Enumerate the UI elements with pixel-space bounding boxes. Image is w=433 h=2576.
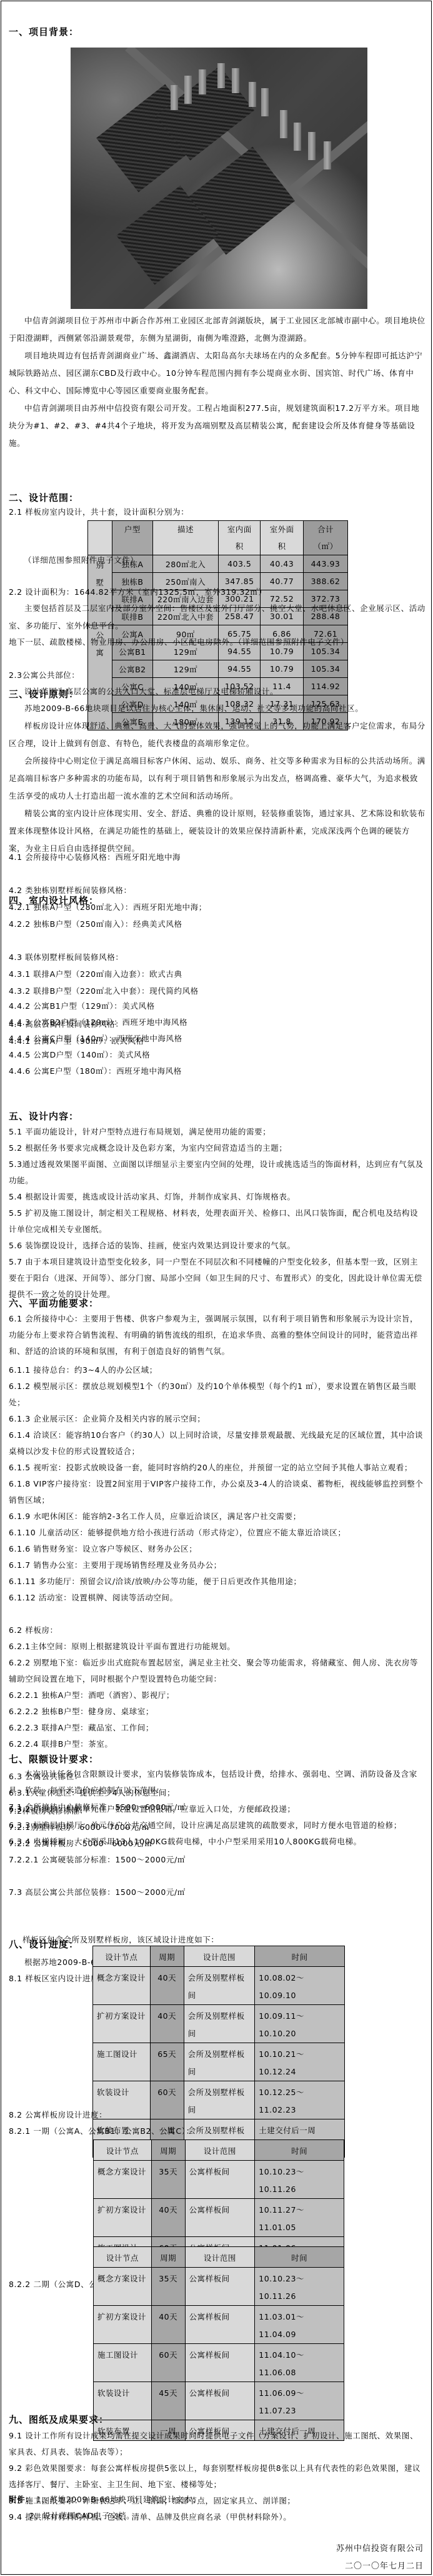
deliverable-item: 9.2 彩色效果图要求：每套公寓样板房提供5张以上，每套别墅样板房提供8张以上具… [9,2460,426,2493]
desc-cell: 280㎡北入 [152,555,219,573]
section-heading-principles: 三、设计原则： [9,687,79,700]
scope-cell: 公寓样板间 [185,2382,255,2420]
period-cell: 40天 [150,1967,184,2005]
table-row: 扩初方案设计40天公寓样板间11.03.01～11.04.09 [94,2306,344,2344]
scope-cell: 公寓样板间 [185,2161,255,2199]
paragraph: 中信青剑湖项目由苏州中信投资有限公司开发。工程占地面积277.5亩，规划建筑面积… [9,400,426,452]
scope-note: （详细范围参照附件电子文件） [24,552,138,568]
requirement-item: 6.2.2.2 独栋B户型：健身房、桌球室； [9,1704,426,1720]
time-cell: 10.09.11～10.10.20 [255,2005,345,2043]
type-cell: 公寓B2 [112,660,152,678]
budget-item: 7.2.2.1 公寓硬装部分标准：1500～2000元/㎡ [9,1851,186,1868]
requirement-item: 6.1.12 活动室：设置棋牌、阅读等活动空间。 [9,1590,426,1606]
table-row: 公寓B2 129㎡ 94.55 10.79 105.34 [88,660,348,678]
style-item: 4.2.2 独栋B户型（250㎡南入）：经典美式风格 [9,916,182,932]
style-item: 4.4.3 公寓B2户型（129㎡）：西班牙地中海风格 [9,1014,187,1031]
time-cell: 10.10.21～10.12.24 [255,2043,345,2081]
total-cell: 443.93 [303,555,347,573]
header-cell: 户型 [112,521,152,555]
project-aerial-photo [71,48,367,309]
clause-2-2: 2.2 设计面积为：1644.82平方米（室内1325.5㎡，室外319.32㎡… [9,583,267,600]
scope-cell: 公寓样板间 [185,2268,255,2306]
spacer [9,1606,426,1622]
header-cell: 设计范围 [184,1946,255,1967]
paragraph: 项目地块周边有包括青剑湖商业广场、鑫湖酒店、太阳岛高尔夫球场在内的众多配套。5分… [9,347,426,400]
scope-cell: 公寓样板间 [185,2199,255,2237]
company-name: 苏州中信投资有限公司 [336,2540,424,2558]
indoor-cell: 403.5 [219,555,261,573]
section-heading-scope: 二、设计范围： [9,491,79,504]
scope-cell: 会所及别墅样板间 [184,2081,255,2119]
requirement-item: 6.2.2.4 联排B户型：茶室。 [9,1736,426,1752]
photo-tower [217,63,225,88]
period-cell: 65天 [150,2043,184,2081]
time-cell: 11.03.01～11.04.09 [255,2306,344,2344]
style-item: 4.3 联体别墅样板间装修风格： [9,949,123,966]
requirement-item: 6.1.7 销售办公室：主要用于现场销售经理及业务员办公； [9,1557,426,1573]
table-row: 扩初方案设计40天会所及别墅样板间10.09.11～10.10.20 [93,2005,345,2043]
signature-block: 苏州中信投资有限公司 二〇一〇年七月二日 [336,2540,424,2575]
time-cell: 11.06.09～11.07.23 [255,2382,344,2420]
scope-cell: 会所及别墅样板间 [184,2005,255,2043]
requirement-item: 6.1.4 洽谈区：能容纳10台客户（约30人）以上同时洽谈，尽量安排景观最靓、… [9,1427,426,1460]
requirement-item: 6.1.9 水吧休闲区：能容纳2-3名工作人员，应靠近洽谈区，满足客户社交需要； [9,1508,426,1525]
style-item: 4.3.1 联排A户型（220㎡南入边套）：欧式古典 [9,966,182,982]
photo-tower [249,82,256,107]
paragraph: 主要包括首层及二层室内及部分室外空间：售楼区及室外门厅部分、挑空大堂、水吧休息区… [9,600,426,635]
style-item: 4.2 类独栋别墅样板间装修风格： [9,882,132,899]
outdoor-cell: 40.43 [261,555,304,573]
style-item: 4.4.2 公寓B1户型（129㎡）：美式风格 [9,998,155,1014]
stage-cell: 扩初方案设计 [94,2306,152,2344]
photo-tower [261,88,269,116]
table-row: 软装设计45天公寓样板间11.06.09～11.07.23 [94,2382,344,2420]
header-cell: 合计（㎡） [303,521,347,555]
schedule-table-phase2: 设计节点 周期 设计范围 时间 概念方案设计35天公寓样板间10.10.23～1… [93,2246,344,2441]
content-item: 5.6 装饰摆设设计，选择合适的装饰、挂画，使室内效果达到设计要求的气氛。 [9,1238,426,1254]
table-row: 概念方案设计35天公寓样板间10.10.23～10.11.26 [94,2161,344,2199]
period-cell: 40天 [150,2005,184,2043]
scope-cell: 会所及别墅样板间 [184,1967,255,2005]
paragraph: 样板房设计应体现舒适、典雅、高贵、大气的整体效果，强调视觉上的气势，功能上满足客… [9,717,426,752]
requirement-item: 6.2.2.3 联排A户型：藏品室、工作间； [9,1720,426,1736]
scope-cell: 公寓样板间 [185,2306,255,2344]
requirement-item: 6.1.1 接待总台：约3~4人的办公区域； [9,1362,426,1378]
content-item: 5.2 根据任务书要求完成概念设计及色彩方案，为室内空间营造适当的主题； [9,1140,426,1156]
period-cell: 45天 [151,2382,185,2420]
header-cell: 时间 [255,2247,344,2268]
table-row: 软装设计60天会所及别墅样板间10.12.25～11.02.23 [93,2081,345,2119]
stage-cell: 施工图设计 [94,2344,152,2382]
clause-8-2-1: 8.2.1 一期（公寓A、公寓B1、公寓B2、公寓C）： [9,2123,194,2139]
content-item: 5.4 根据设计需要，挑选或设计活动家具、灯饰，并制作成家具、灯饰规格表。 [9,1189,426,1205]
header-cell: 周期 [151,2247,185,2268]
stage-cell: 施工图设计 [93,2043,151,2081]
photo-tower [324,141,331,169]
requirement-item: 6.1.2 模型展示区：摆放总规划模型1个（约30㎡）及约10个单体模型（每个约… [9,1378,426,1411]
style-item: 4.4.6 公寓E户型（180㎡）：西班牙地中海风格 [9,1063,182,1079]
table-header-row: 户型 描述 室内面积 室外面积 合计（㎡） [88,521,348,555]
stage-cell: 概念方案设计 [93,1967,151,2005]
paragraph: 地下一层、疏散楼梯、物业用房、办公用房、小区配电房除外。（详细范围参照附件电子文… [9,634,349,650]
style-item: 4.1 会所接待中心装修风格：西班牙阳光地中海 [9,849,181,866]
period-cell: 35天 [151,2161,185,2199]
photo-tower [184,76,192,104]
style-item: 4.3.2 联排B户型（220㎡北入中套）：现代简约风格 [9,982,199,999]
total-cell: 114.92 [303,678,347,695]
deliverable-item: 9.1 设计工作所有设计成果均需在提交设计成果时同时提供电子文件（方案设计、扩初… [9,2428,426,2460]
header-cell: 周期 [151,2140,185,2161]
requirement-item: 6.2.2 别墅地下室：临近步出式庭院布置起居室，满足业主社交、聚会等功能需求，… [9,1655,426,1687]
header-cell: 室内面积 [219,521,261,555]
photo-tower [308,132,316,160]
table-header-row: 设计节点 周期 设计范围 时间 [94,2140,344,2161]
photo-tower [280,110,287,138]
time-cell: 10.11.27～11.01.05 [255,2199,344,2237]
style-item: 4.4.5 公寓D户型（140㎡）：美式风格 [9,1046,150,1063]
attachment-item: 2、设计范围CAD电子文档。 [9,2511,134,2520]
attachments-label: 附件： [9,2495,33,2504]
clause-6-2: 6.2 样板房： [9,1622,426,1639]
content-item: 5.7 由于本项目建筑设计造型变化较多，同一户型在不同层次和不同楼幢的户型变化较… [9,1254,426,1303]
attachments: 附件： 1、苏地2009-B-66地块项目建筑设计文本； 2、设计范围CAD电子… [9,2492,201,2524]
clause-6-1: 6.1 会所接待中心：主要用于售楼、供客户参观为主，强调展示氛围，以有利于项目销… [9,1311,426,1360]
table-row: 施工图设计65天会所及别墅样板间10.10.21～10.12.24 [93,2043,345,2081]
stage-cell: 扩初方案设计 [94,2199,152,2237]
style-item: 4.4.4 公寓C户型（140㎡）：西班牙地中海风格 [9,1030,182,1047]
photo-tower [294,123,301,151]
paragraph: 本次设计任务包含限额设计要求，室内装修装饰成本，包括设计费，给排水、强弱电、空调… [9,1766,426,1799]
header-cell: 设计节点 [94,2140,152,2161]
total-cell: 105.34 [303,660,347,678]
clause-2-1: 2.1 样板房室内设计，共十套，设计面积分别为： [9,503,189,520]
table-row: 扩初方案设计40天公寓样板间10.11.27～11.01.05 [94,2199,344,2237]
content-item: 5.1 平面功能设计，针对户型特点进行布局规划，满足使用功能的需要； [9,1124,426,1140]
time-cell: 10.10.23～10.11.26 [255,2268,344,2306]
header-cell: 时间 [255,1946,345,1967]
period-cell: 40天 [151,2306,185,2344]
table-header-row: 设计节点 周期 设计范围 时间 [93,1946,345,1967]
time-cell: 10.10.23～10.11.26 [255,2161,344,2199]
table-row: 概念方案设计35天公寓样板间10.10.23～10.11.26 [94,2268,344,2306]
table-row: 概念方案设计40天会所及别墅样板间10.08.02～10.09.10 [93,1967,345,2005]
header-cell: 设计节点 [94,2247,152,2268]
scope-cell: 公寓样板间 [185,2344,255,2382]
attachment-item: 1、苏地2009-B-66地块项目建筑设计文本； [36,2495,201,2504]
budget-item: 7.2.1别墅样板房：6000～7000元/㎡ [9,1819,150,1836]
document-page: 一、项目背景： 中信青剑湖项目位于苏州市中新合作苏州工业园区北部青剑湖版块，属于… [1,1,432,2575]
section-heading-deliverables: 九、图纸及成果要求： [9,2413,109,2426]
table-row: 施工图设计60天公寓样板间11.04.10～11.06.08 [94,2344,344,2382]
section-heading-layout: 六、平面功能要求： [9,1296,99,1310]
indoor-cell: 94.55 [219,660,261,678]
requirement-item: 6.2.1主体空间：原则上根据建筑设计平面布置进行功能规划。 [9,1639,426,1655]
time-cell: 10.08.02～10.09.10 [255,1967,345,2005]
photo-tower [171,85,178,110]
period-cell: 60天 [151,2344,185,2382]
paragraph: 中信青剑湖项目位于苏州市中新合作苏州工业园区北部青剑湖版块，属于工业园区北部城市… [9,312,426,347]
header-cell: 设计节点 [93,1946,151,1967]
requirement-item: 6.1.5 视听室：投影式放映设备一套，能同时容纳约20人的座位，并预留一定的站… [9,1460,426,1476]
section-heading-budget: 七、限额设计要求： [9,1752,99,1765]
requirement-item: 6.2.2.1 独栋A户型：酒吧（酒窖）、影视厅； [9,1687,426,1704]
section-heading-background: 一、项目背景： [9,25,79,38]
clause-8-2: 8.2 公寓样板房设计进度： [9,2106,107,2123]
budget-item: 7.2.2 公寓样板房：5000～6000元/㎡ [9,1835,153,1852]
time-cell: 10.12.25～11.02.23 [255,2081,345,2119]
requirement-item: 6.1.8 VIP客户接待室：设置2间室用于VIP客户接待工作，办公桌及3-4人… [9,1476,426,1508]
stage-cell: 概念方案设计 [94,2268,152,2306]
stage-cell: 扩初方案设计 [93,2005,151,2043]
header-cell: 时间 [255,2140,344,2161]
budget-item: 7.3 高层公寓公共部位装修：1500～2000元/㎡ [9,1884,186,1901]
clause-2-3: 2.3公寓公共部位： [9,667,79,684]
header-cell: 描述 [152,521,219,555]
time-cell: 11.04.10～11.06.08 [255,2344,344,2382]
paragraph: 苏地2009-B-66地块项目是以居住为核心主体，集休闲、运动、社交等多项功能的… [9,700,426,717]
period-cell: 40天 [151,2199,185,2237]
photo-tower [232,68,239,93]
header-cell: 室外面积 [261,521,304,555]
outdoor-cell: 10.79 [261,660,304,678]
paragraph: 会所接待中心则定位于满足高端目标客户休闲、运动、娱乐、商务、社交等多种需求为目标… [9,752,426,805]
table-header-row: 设计节点 周期 设计范围 时间 [94,2247,344,2268]
style-item: 4.2.1 独栋A户型（280㎡北入）：西班牙阳光地中海； [9,899,207,916]
header-cell [88,521,112,555]
header-cell: 周期 [150,1946,184,1967]
requirement-item: 6.1.6 销售财务室：设立客户等候区、财务办公区； [9,1541,426,1557]
requirement-item: 6.1.10 儿童活动区：能够提供地方给小孩进行活动（形式待定），位置应不能太靠… [9,1525,426,1541]
requirement-item: 6.1.3 企业展示区：企业简介及相关内容的展示空间； [9,1411,426,1427]
content-item: 5.3通过透视效果图平面图、立面图以详细显示主要室内空间的处理，设计或挑选适当的… [9,1156,426,1189]
photo-tower [199,69,206,94]
content-item: 5.5 扩初及施工图设计，制定相关工程规格、材料表，处理表面开关、检修口、出风口… [9,1205,426,1238]
period-cell: 35天 [151,2268,185,2306]
signature-date: 二〇一〇年七月二日 [336,2558,424,2575]
scope-cell: 会所及别墅样板间 [184,2043,255,2081]
requirement-item: 6.1.11 多功能厅：预留会议/洽谈/放映/办公等功能，便于日后更改作其他用途… [9,1573,426,1590]
header-cell: 设计范围 [185,2247,255,2268]
budget-item: 7.2样板房装修标准： [9,1802,87,1819]
period-cell: 60天 [150,2081,184,2119]
section-heading-content: 五、设计内容： [9,1109,79,1123]
desc-cell: 129㎡ [152,660,219,678]
header-cell: 设计范围 [185,2140,255,2161]
stage-cell: 概念方案设计 [94,2161,152,2199]
total-cell: 388.62 [303,573,347,590]
outdoor-cell: 40.77 [261,573,304,590]
